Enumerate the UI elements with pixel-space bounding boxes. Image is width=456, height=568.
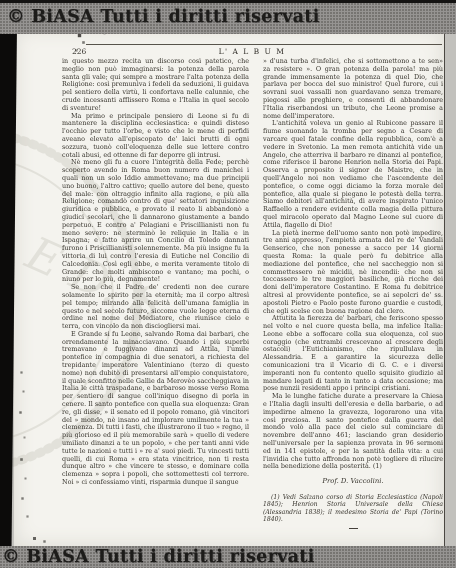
paragraph: » d'una turba d'infelici, che si sottome… [263, 58, 443, 120]
page-title: L' A L B U M [62, 47, 442, 56]
copyright-watermark-bottom: © BiASA Tutti i diritti riservati [0, 546, 456, 568]
end-dash [349, 528, 358, 529]
paragraph: Se non che il Padre de' credenti non dee… [62, 284, 249, 331]
left-column: in questo mezzo recita un discorso così … [62, 58, 249, 545]
paragraph: La pietà inerme dell'uomo santo non potè… [263, 230, 443, 316]
paragraph: Ma le lunghe fatiche durate a preservare… [263, 393, 443, 471]
paragraph: L'antichità voleva un genio al Rubicone … [263, 120, 443, 229]
paragraph: Ma primo e principale pensiero di Leone … [62, 113, 249, 160]
copyright-watermark-top: © BiASA Tutti i diritti riservati [0, 0, 456, 34]
footnote: (1) Vedi Salzano corso di Storia Ecclesi… [263, 494, 443, 523]
copyright-watermark-text: © BiASA Tutti i diritti riservati [0, 546, 456, 567]
header-rule [86, 44, 442, 45]
author-signature: Prof. D. Vaccolini. [263, 478, 443, 486]
paragraph: E Grande si fu Leone, salvando Roma dai … [62, 331, 249, 487]
paragraph: Attutita la fierezza de' barbari, che fe… [263, 315, 443, 393]
paragraph: in questo mezzo recita un discorso così … [62, 58, 249, 113]
copyright-watermark-text: © BiASA Tutti i diritti riservati [0, 3, 456, 27]
paragraph: Nè meno gli fu a cuore l'integrità della… [62, 159, 249, 284]
right-column: » d'una turba d'infelici, che si sottome… [263, 58, 443, 545]
text-columns: in questo mezzo recita un discorso così … [62, 58, 443, 545]
